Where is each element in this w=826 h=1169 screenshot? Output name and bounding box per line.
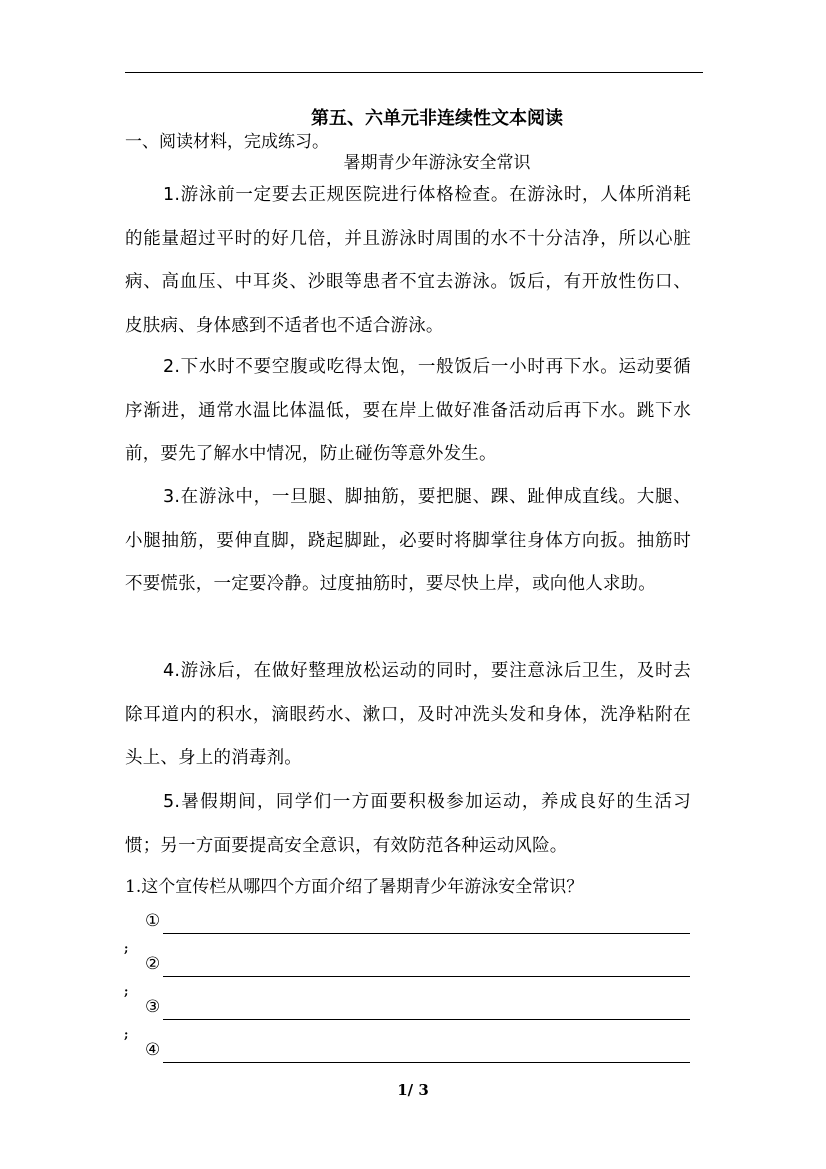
section-instruction: 一、阅读材料，完成练习。 [125, 131, 329, 153]
paragraph-1: 1.游泳前一定要去正规医院进行体格检查。在游泳时，人体所消耗的能量超过平时的好几… [125, 174, 691, 348]
answer-number: ① [145, 910, 160, 932]
answer-blank[interactable] [163, 1042, 690, 1063]
question-1: 1.这个宣传栏从哪四个方面介绍了暑期青少年游泳安全常识？ [125, 876, 583, 898]
semicolon: ; [124, 1028, 128, 1040]
semicolon: ; [124, 942, 128, 954]
paragraph-3: 3.在游泳中，一旦腿、脚抽筋，要把腿、踝、趾伸成直线。大腿、小腿抽筋，要伸直脚，… [125, 476, 691, 607]
answer-number: ② [145, 953, 160, 975]
page-number: 1/ 3 [0, 1081, 826, 1099]
document-page: 第五、六单元非连续性文本阅读 一、阅读材料，完成练习。 暑期青少年游泳安全常识 … [0, 0, 826, 1169]
answer-blank[interactable] [163, 999, 690, 1020]
semicolon: ; [124, 985, 128, 997]
answer-line-1[interactable]: ① [145, 910, 690, 934]
header-divider [125, 72, 703, 73]
paragraph-5: 5.暑假期间，同学们一方面要积极参加运动，养成良好的生活习惯；另一方面要提高安全… [125, 781, 691, 868]
answer-blank[interactable] [163, 956, 690, 977]
answer-line-2[interactable]: ② [145, 953, 690, 977]
answer-number: ③ [145, 996, 160, 1018]
paragraph-4: 4.游泳后，在做好整理放松运动的同时，要注意泳后卫生，及时去除耳道内的积水，滴眼… [125, 650, 691, 781]
page-title: 第五、六单元非连续性文本阅读 [125, 107, 703, 131]
answer-line-4[interactable]: ④ [145, 1039, 690, 1063]
paragraph-2: 2.下水时不要空腹或吃得太饱，一般饭后一小时再下水。运动要循序渐进，通常水温比体… [125, 346, 691, 477]
answer-blank[interactable] [163, 913, 690, 934]
answer-line-3[interactable]: ③ [145, 996, 690, 1020]
answer-number: ④ [145, 1039, 160, 1061]
article-title: 暑期青少年游泳安全常识 [125, 152, 703, 174]
